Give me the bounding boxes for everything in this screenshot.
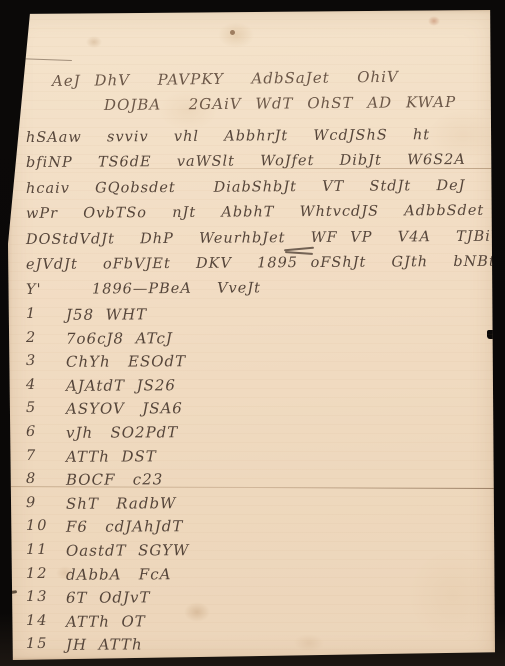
list-item-text: F6 cdJAhJdT xyxy=(66,518,184,542)
list-item-text: OastdT SGYW xyxy=(66,541,190,565)
body-line: hcaiv GQobsdet DiabShbJt VT StdJt DeJ xyxy=(26,177,505,206)
list-row: 7ATTh DST xyxy=(26,447,190,471)
body-line: bfiNP TS6dE vaWSlt WoJfet DibJt W6S2A xyxy=(26,152,505,181)
list-item-text: BOCF c23 xyxy=(66,470,163,494)
list-row: 9ShT RadbW xyxy=(26,494,190,518)
list-row: 10F6 cdJAhJdT xyxy=(26,517,190,541)
list-item-number: 4 xyxy=(26,377,66,401)
pin-hole-mark xyxy=(5,55,18,64)
title-line-1: AeJ DhV PAVPKY AdbSaJet OhiV xyxy=(52,68,399,90)
manuscript-page: AeJ DhV PAVPKY AdbSaJet OhiV DOJBA 2GAiV… xyxy=(8,10,495,660)
list-item-text: J58 WHT xyxy=(66,305,147,329)
pin-scratch-line xyxy=(14,58,72,61)
list-item-text: JH ATTh xyxy=(66,636,143,660)
right-edge-notch xyxy=(487,330,498,339)
list-item-number: 2 xyxy=(26,329,66,353)
list-item-number: 15 xyxy=(26,636,66,660)
list-item-text: 6T OdJvT xyxy=(66,588,151,612)
body-line: hSAaw svviv vhl AbbhrJt WcdJShS ht xyxy=(26,126,505,155)
list-item-text: vJh SO2PdT xyxy=(66,423,178,447)
list-item-number: 7 xyxy=(26,447,66,471)
stain xyxy=(230,30,235,35)
body-line: wPr OvbTSo nJt AbbhT WhtvcdJS AdbbSdet xyxy=(26,202,505,231)
title-line-2: DOJBA 2GAiV WdT OhST AD KWAP xyxy=(104,93,456,114)
list-row: 5ASYOV JSA6 xyxy=(26,400,190,424)
list-item-text: ASYOV JSA6 xyxy=(66,400,183,424)
stain xyxy=(218,22,254,48)
list-item-text: dAbbA FcA xyxy=(66,565,172,589)
body-paragraph: hSAaw svviv vhl AbbhrJt WcdJShS ht bfiNP… xyxy=(26,130,505,308)
list-item-number: 12 xyxy=(26,565,66,589)
body-line: DOStdVdJt DhP WeurhbJet WF VP V4A TJBiV … xyxy=(26,228,505,257)
stain xyxy=(428,16,440,26)
list-item-number: 5 xyxy=(26,400,66,424)
list-row: 1J58 WHT xyxy=(26,305,190,329)
numbered-list: 1J58 WHT 27o6cJ8 ATcJ 3ChYh ESOdT 4AJAtd… xyxy=(26,306,189,660)
stain xyxy=(86,36,102,48)
list-item-number: 8 xyxy=(26,471,66,495)
list-item-number: 10 xyxy=(26,518,66,542)
photo-background: AeJ DhV PAVPKY AdbSaJet OhiV DOJBA 2GAiV… xyxy=(0,0,505,666)
list-item-text: 7o6cJ8 ATcJ xyxy=(66,329,173,353)
list-row: 27o6cJ8 ATcJ xyxy=(26,329,190,353)
list-item-number: 13 xyxy=(26,589,66,613)
stain xyxy=(408,550,498,640)
list-item-number: 9 xyxy=(26,495,66,519)
list-row: 6vJh SO2PdT xyxy=(26,423,190,447)
list-item-text: ChYh ESOdT xyxy=(66,352,186,376)
list-row: 136T OdJvT xyxy=(26,588,190,612)
list-row: 11OastdT SGYW xyxy=(26,541,190,565)
list-row: 3ChYh ESOdT xyxy=(26,352,190,376)
body-line: Y' 1896—PBeA VveJt xyxy=(26,278,505,307)
list-item-text: AJAtdT JS26 xyxy=(66,376,176,400)
list-row: 4AJAtdT JS26 xyxy=(26,376,190,400)
list-row: 8BOCF c23 xyxy=(26,470,190,494)
body-line: eJVdJt oFbVJEt DKV 1895 oFShJt GJth bNBt… xyxy=(26,253,505,282)
list-item-number: 3 xyxy=(26,353,66,377)
list-item-number: 11 xyxy=(26,542,66,566)
list-item-text: ATTh OT xyxy=(66,612,146,636)
list-item-text: ShT RadbW xyxy=(66,494,177,518)
list-item-text: ATTh DST xyxy=(66,447,157,471)
list-row: 15JH ATTh xyxy=(26,635,190,659)
list-item-number: 6 xyxy=(26,424,66,448)
list-row: 14ATTh OT xyxy=(26,612,190,636)
list-row: 12dAbbA FcA xyxy=(26,565,190,589)
list-item-number: 14 xyxy=(26,613,66,637)
list-item-number: 1 xyxy=(26,306,66,330)
left-edge-ink-mark xyxy=(4,590,17,595)
stain xyxy=(294,634,324,652)
